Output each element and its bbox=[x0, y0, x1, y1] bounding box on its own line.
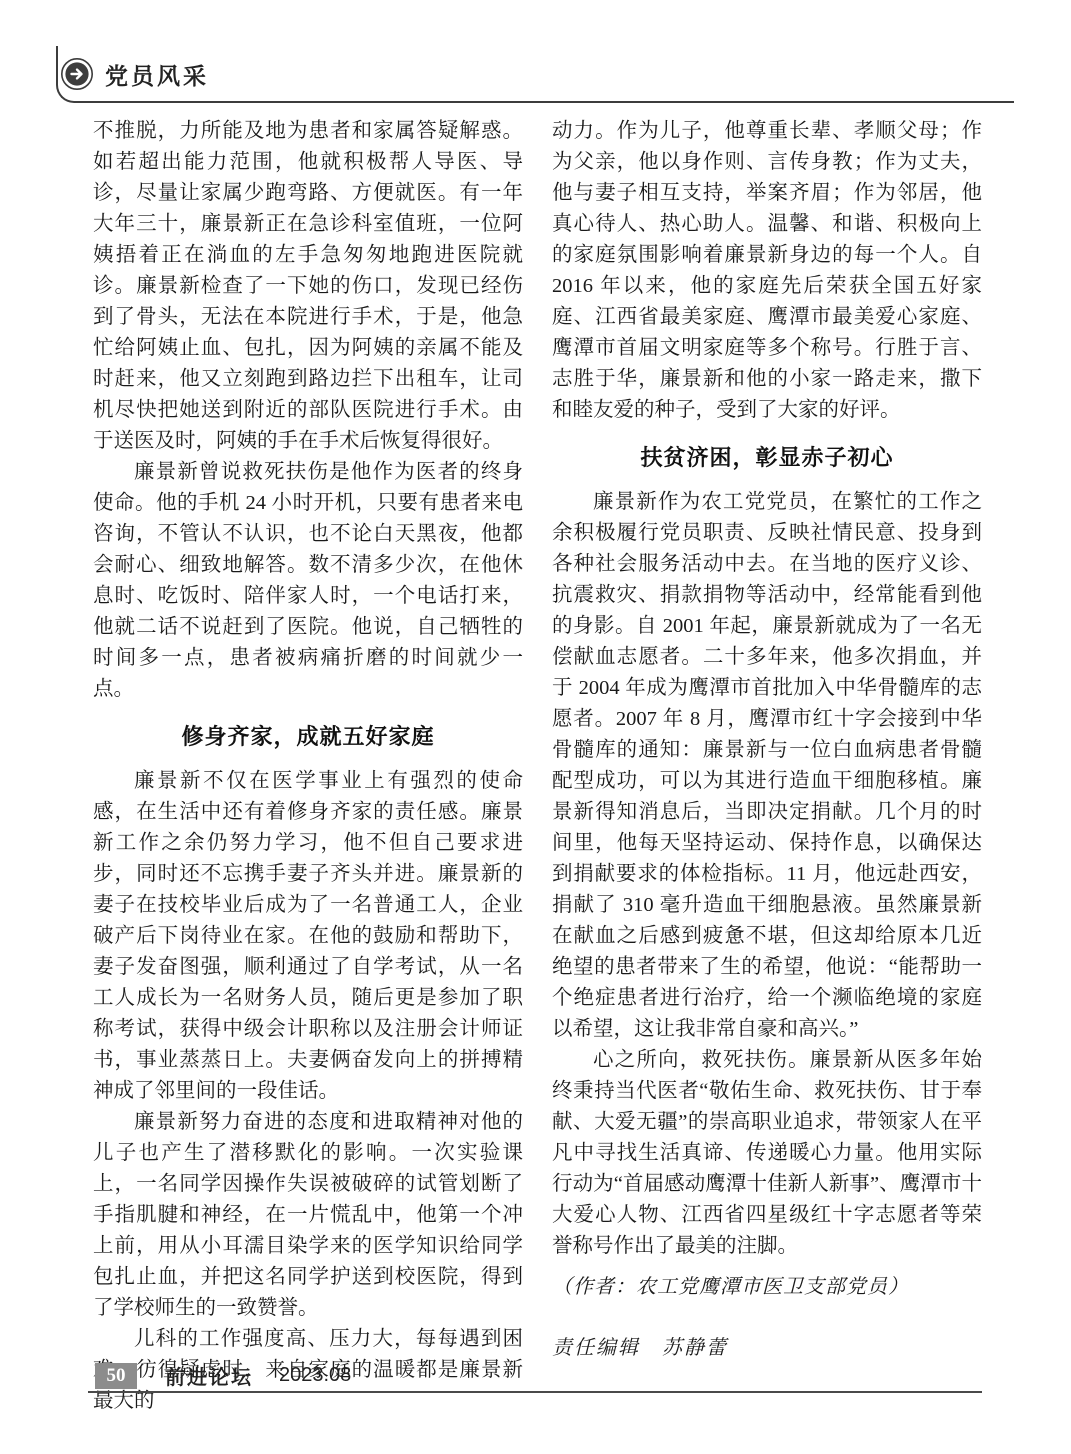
paragraph: 动力。作为儿子，他尊重长辈、孝顺父母；作为父亲，他以身作则、言传身教；作为丈夫，… bbox=[552, 116, 982, 426]
column-right: 动力。作为儿子，他尊重长辈、孝顺父母；作为父亲，他以身作则、言传身教；作为丈夫，… bbox=[552, 116, 982, 1417]
paragraph: 廉景新曾说救死扶伤是他作为医者的终身使命。他的手机 24 小时开机，只要有患者来… bbox=[93, 457, 523, 705]
paragraph: 心之所向，救死扶伤。廉景新从医多年始终秉持当代医者“敬佑生命、救死扶伤、甘于奉献… bbox=[552, 1045, 982, 1262]
issue-date: 2023.08 bbox=[279, 1364, 351, 1387]
journal-title: 前进论坛 bbox=[165, 1361, 253, 1390]
footer-rule bbox=[88, 1391, 982, 1393]
editor-credit: 责任编辑 苏静蕾 bbox=[552, 1333, 982, 1364]
article-body: 不推脱，力所能及地为患者和家属答疑解惑。如若超出能力范围，他就积极帮人导医、导诊… bbox=[93, 116, 982, 1417]
paragraph: 不推脱，力所能及地为患者和家属答疑解惑。如若超出能力范围，他就积极帮人导医、导诊… bbox=[93, 116, 523, 457]
circle-arrow-right-icon bbox=[60, 57, 94, 91]
author-note: （作者：农工党鹰潭市医卫支部党员） bbox=[552, 1272, 982, 1303]
paragraph: 廉景新努力奋进的态度和进取精神对他的儿子也产生了潜移默化的影响。一次实验课上，一… bbox=[93, 1107, 523, 1324]
page: { "header": { "icon": "circle-arrow-righ… bbox=[0, 0, 1071, 1454]
section-heading-family: 修身齐家，成就五好家庭 bbox=[93, 721, 523, 752]
section-header: 党员风采 bbox=[60, 57, 209, 91]
section-heading-charity: 扶贫济困，彰显赤子初心 bbox=[552, 442, 982, 473]
page-footer: 50 前进论坛 2023.08 bbox=[88, 1362, 982, 1393]
page-number-badge: 50 bbox=[95, 1363, 137, 1389]
paragraph: 廉景新不仅在医学事业上有强烈的使命感，在生活中还有着修身齐家的责任感。廉景新工作… bbox=[93, 766, 523, 1107]
column-left: 不推脱，力所能及地为患者和家属答疑解惑。如若超出能力范围，他就积极帮人导医、导诊… bbox=[93, 116, 523, 1417]
footer-row: 50 前进论坛 2023.08 bbox=[88, 1362, 982, 1389]
paragraph: 廉景新作为农工党党员，在繁忙的工作之余积极履行党员职责、反映社情民意、投身到各种… bbox=[552, 487, 982, 1045]
section-label: 党员风采 bbox=[105, 58, 209, 91]
